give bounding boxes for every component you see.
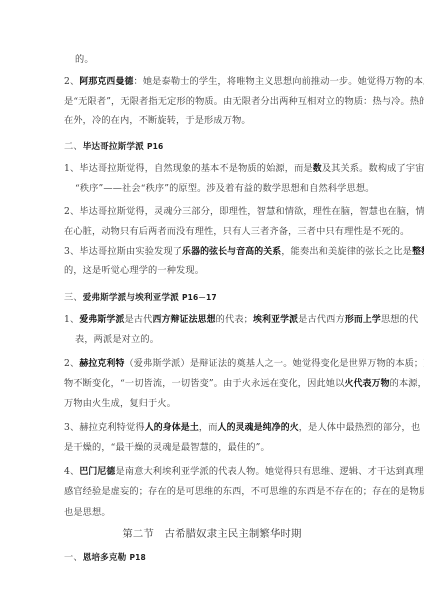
text-line: 感官经验是虚妄的；存在的是可思维的东西，不可思维的东西是不存在的；存在的是物质 <box>64 486 424 498</box>
text-line: 1、爱弗斯学派是古代西方辩证法思想的代表；埃利亚学派是古代西方形而上学思想的代 <box>64 314 418 326</box>
heading-text: 恩培多克勒 <box>83 553 127 563</box>
text-fragment: 也是思想。 <box>64 507 111 518</box>
heading-number: 三、 <box>64 292 83 303</box>
text-fragment: 1、 <box>64 314 79 325</box>
text-line: 表，两派是对立的。 <box>75 334 159 346</box>
text-fragment: ：她是泰勒士的学生，将唯物主义思想向前推动一步。她觉得万物的本原 <box>134 76 424 87</box>
bold-term: 人的身体是土 <box>145 423 199 433</box>
text-line: 物不断变化，“一切皆流，一切皆变”。由于火永远在变化，因此她以火代表万物的本源， <box>64 378 424 390</box>
text-fragment: 及其关系。数构成了宇宙的 <box>322 163 424 174</box>
text-fragment: 的，这是听觉心理学的一种发现。 <box>64 265 204 276</box>
text-line: 万物由火生成，复归于火。 <box>64 398 176 410</box>
text-fragment: 在心脏，动物只有后两者而没有理性，只有人三者齐备，三者中只有理性是不死的。 <box>64 226 410 237</box>
bold-term: 巴门尼德 <box>79 467 115 477</box>
heading-text: 毕达哥拉斯学派 <box>83 142 144 152</box>
text-line: 1、毕达哥拉斯觉得，自然现象的基本不是物质的始源，而是数及其关系。数构成了宇宙的 <box>64 163 424 175</box>
text-line: 在心脏，动物只有后两者而没有理性，只有人三者齐备，三者中只有理性是不死的。 <box>64 226 410 238</box>
text-fragment: 是干燥的，“最干燥的灵魂是最智慧的，最佳的”。 <box>64 442 270 453</box>
text-fragment: 1、毕达哥拉斯觉得，自然现象的基本不是物质的始源，而是 <box>64 163 313 174</box>
bold-term: 整数 <box>412 247 424 257</box>
text-fragment: 思想的代 <box>381 314 418 325</box>
text-fragment: 感官经验是虚妄的；存在的是可思维的东西，不可思维的东西是不存在的；存在的是物质 <box>64 486 424 497</box>
section-heading-ephesian-eleatic: 三、爱弗斯学派与埃利亚学派 P16－17 <box>64 292 217 304</box>
text-line: 的。 <box>75 54 94 66</box>
text-line: 3、赫拉克利特觉得人的身体是土，而人的灵魂是纯净的火，是人体中最热烈的部分，也 <box>64 422 420 434</box>
item-number: 2、 <box>64 76 79 87</box>
text-fragment: 3、赫拉克利特觉得 <box>64 422 145 433</box>
text-fragment: “秩序”——社会“秩序”的原型。涉及着有益的数学思想和自然科学思想。 <box>75 183 375 194</box>
text-line: 2、赫拉克利特（爱弗斯学派）是辩证法的奠基人之一。她觉得变化是世界万物的本质；万 <box>64 358 424 370</box>
text-fragment: 表，两派是对立的。 <box>75 334 159 345</box>
text-fragment: 4、 <box>64 466 79 477</box>
bold-term: 形而上学 <box>345 315 381 325</box>
page-reference: P16 <box>147 142 163 151</box>
page-reference: P18 <box>130 553 146 562</box>
text-fragment: 的代表； <box>216 314 253 325</box>
text-fragment: 物不断变化，“一切皆流，一切皆变”。由于火永远在变化，因此她以 <box>64 378 344 389</box>
text-fragment: ，能奏出和美旋律的弦长之比是 <box>281 246 412 257</box>
text-fragment: 的本源， <box>390 378 424 389</box>
text-line: 是干燥的，“最干燥的灵魂是最智慧的，最佳的”。 <box>64 442 270 454</box>
bold-term: 赫拉克利特 <box>79 359 124 369</box>
bold-term: 西方辩证法思想 <box>152 315 215 325</box>
page-reference: P16－17 <box>182 293 217 302</box>
text-line: 是“无限者”，无限者指无定形的物质。由无限者分出两种互相对立的物质：热与冷。热的 <box>64 96 424 108</box>
text-fragment: 3、毕达哥拉斯由实验发现了 <box>64 246 182 257</box>
text-fragment: 是古代西方 <box>298 314 345 325</box>
text-line: 在外，冷的在内，不断旋转，于是形成万物。 <box>64 115 251 127</box>
text-line: 2、毕达哥拉斯觉得，灵魂分三部分，即理性，智慧和情欲，理性在脑，智慧也在脑，情欲 <box>64 206 424 218</box>
section-heading-pythagoras: 二、毕达哥拉斯学派 P16 <box>64 141 163 153</box>
text-fragment: 的。 <box>75 54 94 65</box>
heading-text: 爱弗斯学派与埃利亚学派 <box>83 293 179 303</box>
text-fragment: 万物由火生成，复归于火。 <box>64 398 176 409</box>
text-fragment: 2、毕达哥拉斯觉得，灵魂分三部分，即理性，智慧和情欲，理性在脑，智慧也在脑，情欲 <box>64 206 424 217</box>
text-line: 3、毕达哥拉斯由实验发现了乐器的弦长与音高的关系，能奏出和美旋律的弦长之比是整数 <box>64 246 424 258</box>
bold-term: 埃利亚学派 <box>253 315 298 325</box>
text-fragment: 是“无限者”，无限者指无定形的物质。由无限者分出两种互相对立的物质：热与冷。热的 <box>64 96 424 107</box>
section-heading-empedocles: 一、恩培多克勒 P18 <box>64 552 146 564</box>
text-fragment: ，是人体中最热烈的部分，也 <box>299 422 420 433</box>
bold-term: 数 <box>313 164 322 174</box>
text-fragment: 是古代 <box>124 314 152 325</box>
bold-term: 乐器的弦长与音高的关系 <box>182 247 281 257</box>
text-fragment: 在外，冷的在内，不断旋转，于是形成万物。 <box>64 115 251 126</box>
text-line: 也是思想。 <box>64 507 111 519</box>
text-line: 4、巴门尼德是南意大利埃利亚学派的代表人物。她觉得只有思维、逻辑、才干达到真理， <box>64 466 424 478</box>
bold-term: 阿那克西曼德 <box>79 77 133 87</box>
text-fragment: ，而 <box>199 422 218 433</box>
bold-term: 爱弗斯学派 <box>79 315 124 325</box>
text-fragment: 2、 <box>64 358 79 369</box>
text-fragment: 是南意大利埃利亚学派的代表人物。她觉得只有思维、逻辑、才干达到真理， <box>115 466 424 477</box>
text-line: “秩序”——社会“秩序”的原型。涉及着有益的数学思想和自然科学思想。 <box>75 183 375 195</box>
heading-number: 一、 <box>64 552 83 563</box>
section-title: 第二节 古希腊奴隶主民主制繁华时期 <box>0 528 424 540</box>
bold-term: 人的灵魂是纯净的火 <box>218 423 299 433</box>
paragraph-anaximander: 2、阿那克西曼德：她是泰勒士的学生，将唯物主义思想向前推动一步。她觉得万物的本原 <box>64 76 424 88</box>
text-fragment: （爱弗斯学派）是辩证法的奠基人之一。她觉得变化是世界万物的本质；万 <box>124 358 424 369</box>
section-title-text: 第二节 古希腊奴隶主民主制繁华时期 <box>122 528 301 540</box>
heading-number: 二、 <box>64 141 83 152</box>
bold-term: 火代表万物 <box>344 379 389 389</box>
text-line: 的，这是听觉心理学的一种发现。 <box>64 265 204 277</box>
